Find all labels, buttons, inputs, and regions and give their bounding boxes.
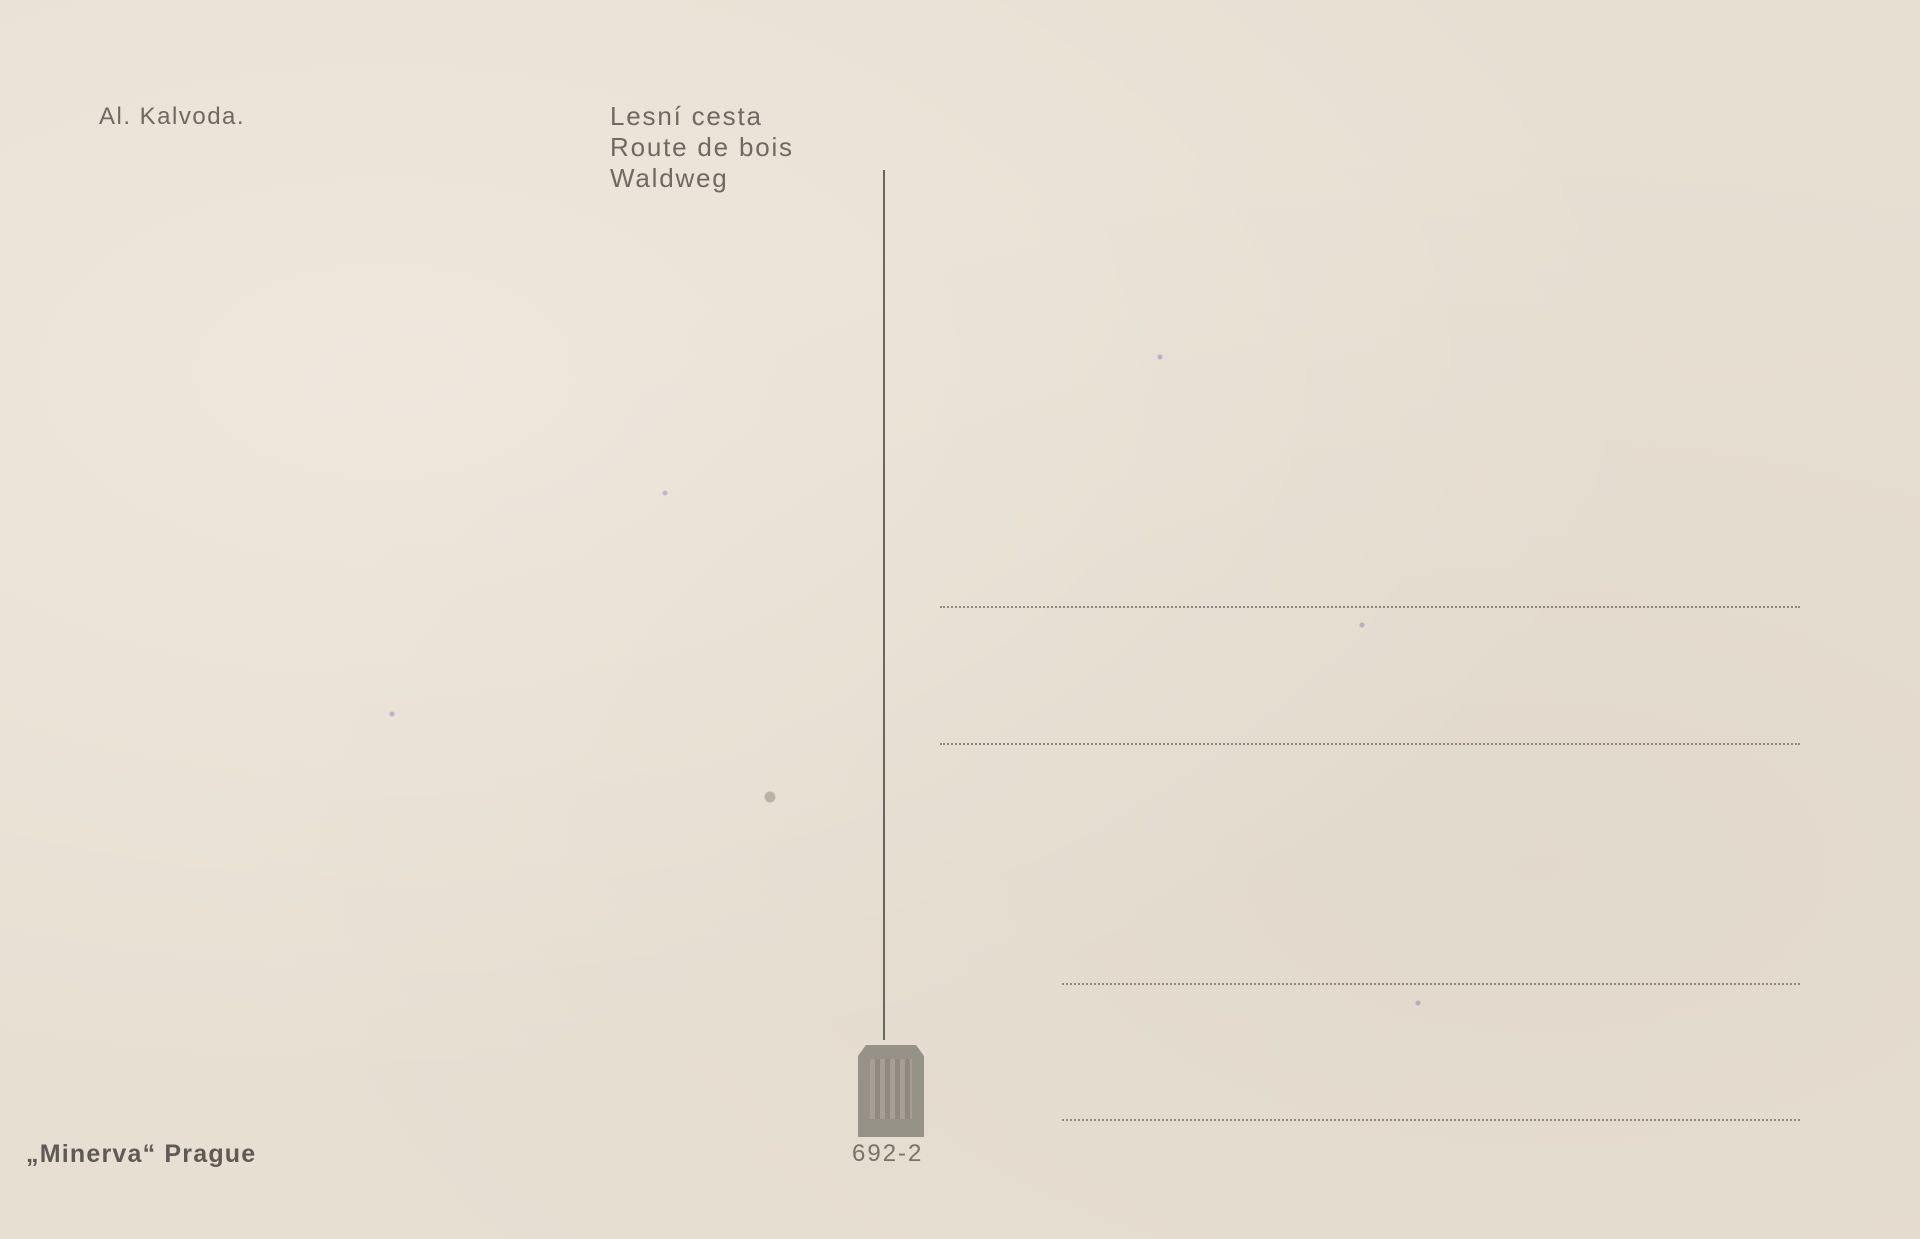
minerva-logo-icon <box>858 1045 924 1137</box>
address-line-4 <box>1062 1119 1800 1121</box>
address-line-1 <box>940 606 1800 608</box>
series-code: 692-2 <box>852 1140 923 1168</box>
title-french: Route de bois <box>610 132 794 163</box>
title-czech: Lesní cesta <box>610 101 794 132</box>
artist-name: Al. Kalvoda. <box>99 103 245 131</box>
artwork-title-block: Lesní cesta Route de bois Waldweg <box>610 101 794 194</box>
publisher-name: „Minerva“ Prague <box>26 1140 256 1169</box>
postcard-back: Al. Kalvoda. Lesní cesta Route de bois W… <box>0 0 1920 1239</box>
address-line-3 <box>1062 983 1800 985</box>
vertical-divider <box>883 170 885 1040</box>
logo-inner-pattern <box>870 1059 912 1119</box>
title-german: Waldweg <box>610 163 794 194</box>
address-line-2 <box>940 743 1800 745</box>
